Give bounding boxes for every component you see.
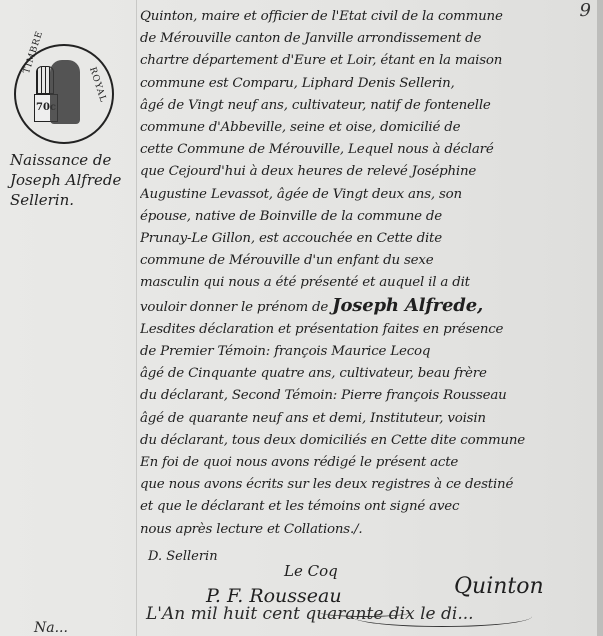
record-line: Augustine Levassot, âgée de Vingt deux a… bbox=[140, 184, 592, 206]
margin-note-line: Naissance de bbox=[10, 150, 121, 170]
record-line: Quinton, maire et officier de l'Etat civ… bbox=[140, 6, 592, 28]
record-line: commune est Comparu, Liphard Denis Selle… bbox=[140, 73, 592, 95]
record-body: Quinton, maire et officier de l'Etat civ… bbox=[140, 6, 592, 541]
record-line: Lesdites déclaration et présentation fai… bbox=[140, 319, 592, 341]
record-line: que Cejourd'hui à deux heures de relevé … bbox=[140, 161, 592, 183]
record-line: cette Commune de Mérouville, Lequel nous… bbox=[140, 139, 592, 161]
margin-note-line: Sellerin. bbox=[10, 190, 121, 210]
next-margin-note: Na... bbox=[34, 620, 68, 636]
record-line: nous après lecture et Collations./. bbox=[140, 519, 592, 541]
page-binding-edge bbox=[597, 0, 603, 636]
record-line: commune d'Abbeville, seine et oise, domi… bbox=[140, 117, 592, 139]
royal-tax-stamp: TIMBRE ROYAL 70c bbox=[14, 44, 114, 144]
next-entry-start: L'An mil huit cent quarante dix le di... bbox=[146, 604, 474, 624]
record-line: En foi de quoi nous avons rédigé le prés… bbox=[140, 452, 592, 474]
record-line: vouloir donner le prénom de bbox=[140, 300, 328, 315]
margin-note-line: Joseph Alfrede bbox=[10, 170, 121, 190]
record-line: épouse, native de Boinville de la commun… bbox=[140, 206, 592, 228]
stamp-figure-icon bbox=[50, 60, 80, 124]
record-line: masculin qui nous a été présenté et auqu… bbox=[140, 272, 592, 294]
record-line-naming: vouloir donner le prénom de Joseph Alfre… bbox=[140, 295, 592, 319]
record-line: chartre département d'Eure et Loir, étan… bbox=[140, 50, 592, 72]
signature-mayor: Quinton bbox=[454, 574, 544, 599]
record-line: âgé de Vingt neuf ans, cultivateur, nati… bbox=[140, 95, 592, 117]
margin-note: Naissance de Joseph Alfrede Sellerin. bbox=[10, 150, 121, 210]
record-line: et que le déclarant et les témoins ont s… bbox=[140, 496, 592, 518]
child-name: Joseph Alfrede, bbox=[332, 295, 483, 316]
record-line: du déclarant, Second Témoin: Pierre fran… bbox=[140, 385, 592, 407]
record-line: que nous avons écrits sur les deux regis… bbox=[140, 474, 592, 496]
record-line: âgé de Cinquante quatre ans, cultivateur… bbox=[140, 363, 592, 385]
record-line: commune de Mérouville d'un enfant du sex… bbox=[140, 250, 592, 272]
signature-declarant: D. Sellerin bbox=[148, 549, 218, 564]
register-page: 9 TIMBRE ROYAL 70c Naissance de Joseph A… bbox=[0, 0, 603, 636]
margin-rule bbox=[136, 0, 137, 636]
record-line: du déclarant, tous deux domiciliés en Ce… bbox=[140, 430, 592, 452]
record-line: de Mérouville canton de Janville arrondi… bbox=[140, 28, 592, 50]
stamp-right-text: ROYAL bbox=[87, 66, 108, 104]
record-line: âgé de quarante neuf ans et demi, Instit… bbox=[140, 408, 592, 430]
record-line: de Premier Témoin: françois Maurice Leco… bbox=[140, 341, 592, 363]
signature-witness-1: Le Coq bbox=[284, 562, 338, 580]
record-line: Prunay-Le Gillon, est accouchée en Cette… bbox=[140, 228, 592, 250]
